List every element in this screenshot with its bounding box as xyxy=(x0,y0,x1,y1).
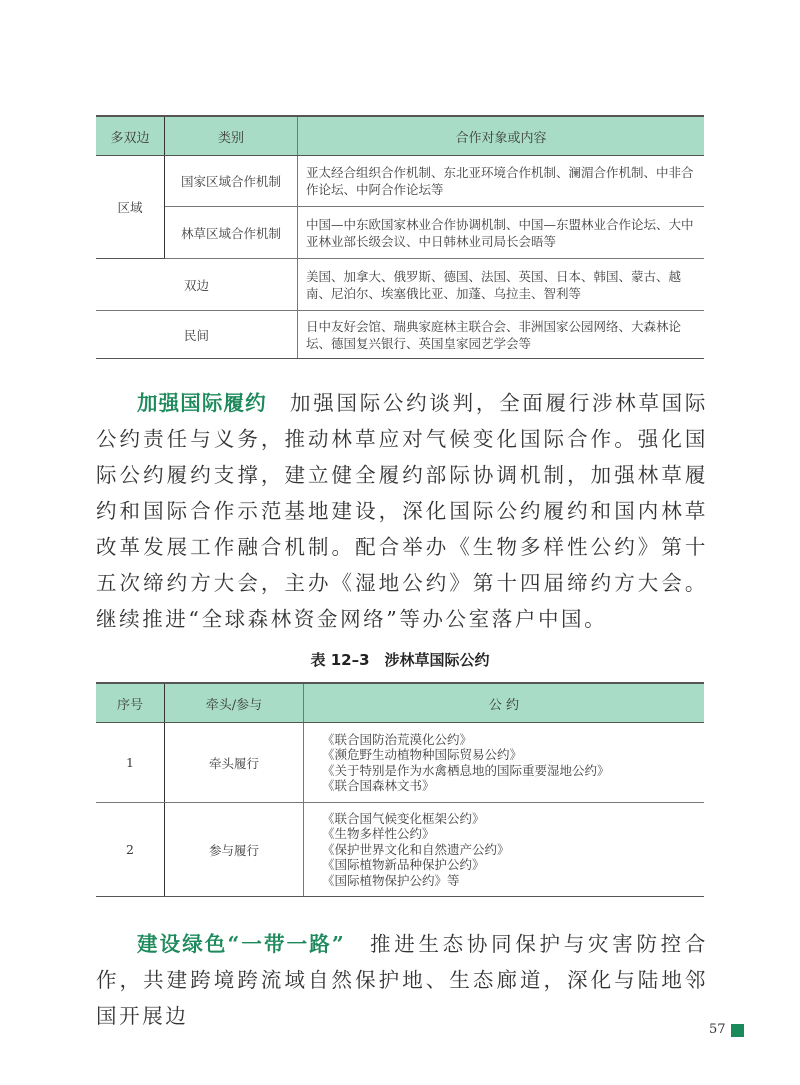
header-cell: 牵头/参与 xyxy=(165,683,304,723)
number-cell: 1 xyxy=(96,723,165,803)
content-cell: 日中友好会馆、瑞典家庭林主联合会、非洲国家公园网络、大森林论坛、德国复兴银行、英… xyxy=(298,311,705,359)
conventions-cell: 《联合国防治荒漠化公约》 《濒危野生动植物种国际贸易公约》 《关于特别是作为水禽… xyxy=(304,723,705,803)
conventions-table: 序号 牵头/参与 公 约 1 牵头履行 《联合国防治荒漠化公约》 《濒危野生动植… xyxy=(96,682,704,897)
paragraph-belt-and-road: 建设绿色“一带一路” 推进生态协同保护与灾害防控合作，共建跨境跨流域自然保护地、… xyxy=(96,926,708,1034)
header-cell: 合作对象或内容 xyxy=(298,116,705,156)
convention-item: 《国际植物新品种保护公约》 xyxy=(322,857,704,873)
convention-item: 《联合国森林文书》 xyxy=(322,778,704,794)
convention-item: 《生物多样性公约》 xyxy=(322,826,704,842)
paragraph-international-compliance: 加强国际履约 加强国际公约谈判，全面履行涉林草国际公约责任与义务，推动林草应对气… xyxy=(96,385,708,637)
convention-item: 《联合国气候变化框架公约》 xyxy=(322,811,704,827)
role-cell: 参与履行 xyxy=(165,803,304,897)
table-row: 1 牵头履行 《联合国防治荒漠化公约》 《濒危野生动植物种国际贸易公约》 《关于… xyxy=(96,723,704,803)
header-cell: 类别 xyxy=(165,116,298,156)
table-row: 2 参与履行 《联合国气候变化框架公约》 《生物多样性公约》 《保护世界文化和自… xyxy=(96,803,704,897)
content-cell: 亚太经合组织合作机制、东北亚环境合作机制、澜湄合作机制、中非合作论坛、中阿合作论… xyxy=(298,156,705,207)
section-heading: 建设绿色“一带一路” xyxy=(137,932,345,956)
cooperation-table: 多双边 类别 合作对象或内容 区域 国家区域合作机制 亚太经合组织合作机制、东北… xyxy=(96,115,704,359)
table-caption: 表 12–3 涉林草国际公约 xyxy=(0,649,800,670)
table-header-row: 多双边 类别 合作对象或内容 xyxy=(96,116,704,156)
section-body: 加强国际公约谈判，全面履行涉林草国际公约责任与义务，推动林草应对气候变化国际合作… xyxy=(96,391,708,631)
table-row: 双边 美国、加拿大、俄罗斯、德国、法国、英国、日本、韩国、蒙古、越南、尼泊尔、埃… xyxy=(96,259,704,311)
convention-item: 《国际植物保护公约》等 xyxy=(322,873,704,889)
category-cell: 国家区域合作机制 xyxy=(165,156,298,207)
page-marker-square-icon xyxy=(731,1024,744,1037)
convention-item: 《联合国防治荒漠化公约》 xyxy=(322,732,704,748)
table-row: 林草区域合作机制 中国—中东欧国家林业合作协调机制、中国—东盟林业合作论坛、大中… xyxy=(96,207,704,259)
header-cell: 公 约 xyxy=(304,683,705,723)
page-number: 57 xyxy=(709,1022,726,1037)
content-cell: 中国—中东欧国家林业合作协调机制、中国—东盟林业合作论坛、大中亚林业部长级会议、… xyxy=(298,207,705,259)
header-cell: 多双边 xyxy=(96,116,165,156)
category-cell: 林草区域合作机制 xyxy=(165,207,298,259)
group-cell: 区域 xyxy=(96,156,165,259)
table-row: 区域 国家区域合作机制 亚太经合组织合作机制、东北亚环境合作机制、澜湄合作机制、… xyxy=(96,156,704,207)
group-cell: 民间 xyxy=(96,311,298,359)
table-row: 民间 日中友好会馆、瑞典家庭林主联合会、非洲国家公园网络、大森林论坛、德国复兴银… xyxy=(96,311,704,359)
convention-item: 《关于特别是作为水禽栖息地的国际重要湿地公约》 xyxy=(322,763,704,779)
convention-item: 《濒危野生动植物种国际贸易公约》 xyxy=(322,747,704,763)
content-cell: 美国、加拿大、俄罗斯、德国、法国、英国、日本、韩国、蒙古、越南、尼泊尔、埃塞俄比… xyxy=(298,259,705,311)
header-cell: 序号 xyxy=(96,683,165,723)
conventions-cell: 《联合国气候变化框架公约》 《生物多样性公约》 《保护世界文化和自然遗产公约》 … xyxy=(304,803,705,897)
table-header-row: 序号 牵头/参与 公 约 xyxy=(96,683,704,723)
role-cell: 牵头履行 xyxy=(165,723,304,803)
section-heading: 加强国际履约 xyxy=(137,391,267,415)
convention-item: 《保护世界文化和自然遗产公约》 xyxy=(322,842,704,858)
group-cell: 双边 xyxy=(96,259,298,311)
number-cell: 2 xyxy=(96,803,165,897)
